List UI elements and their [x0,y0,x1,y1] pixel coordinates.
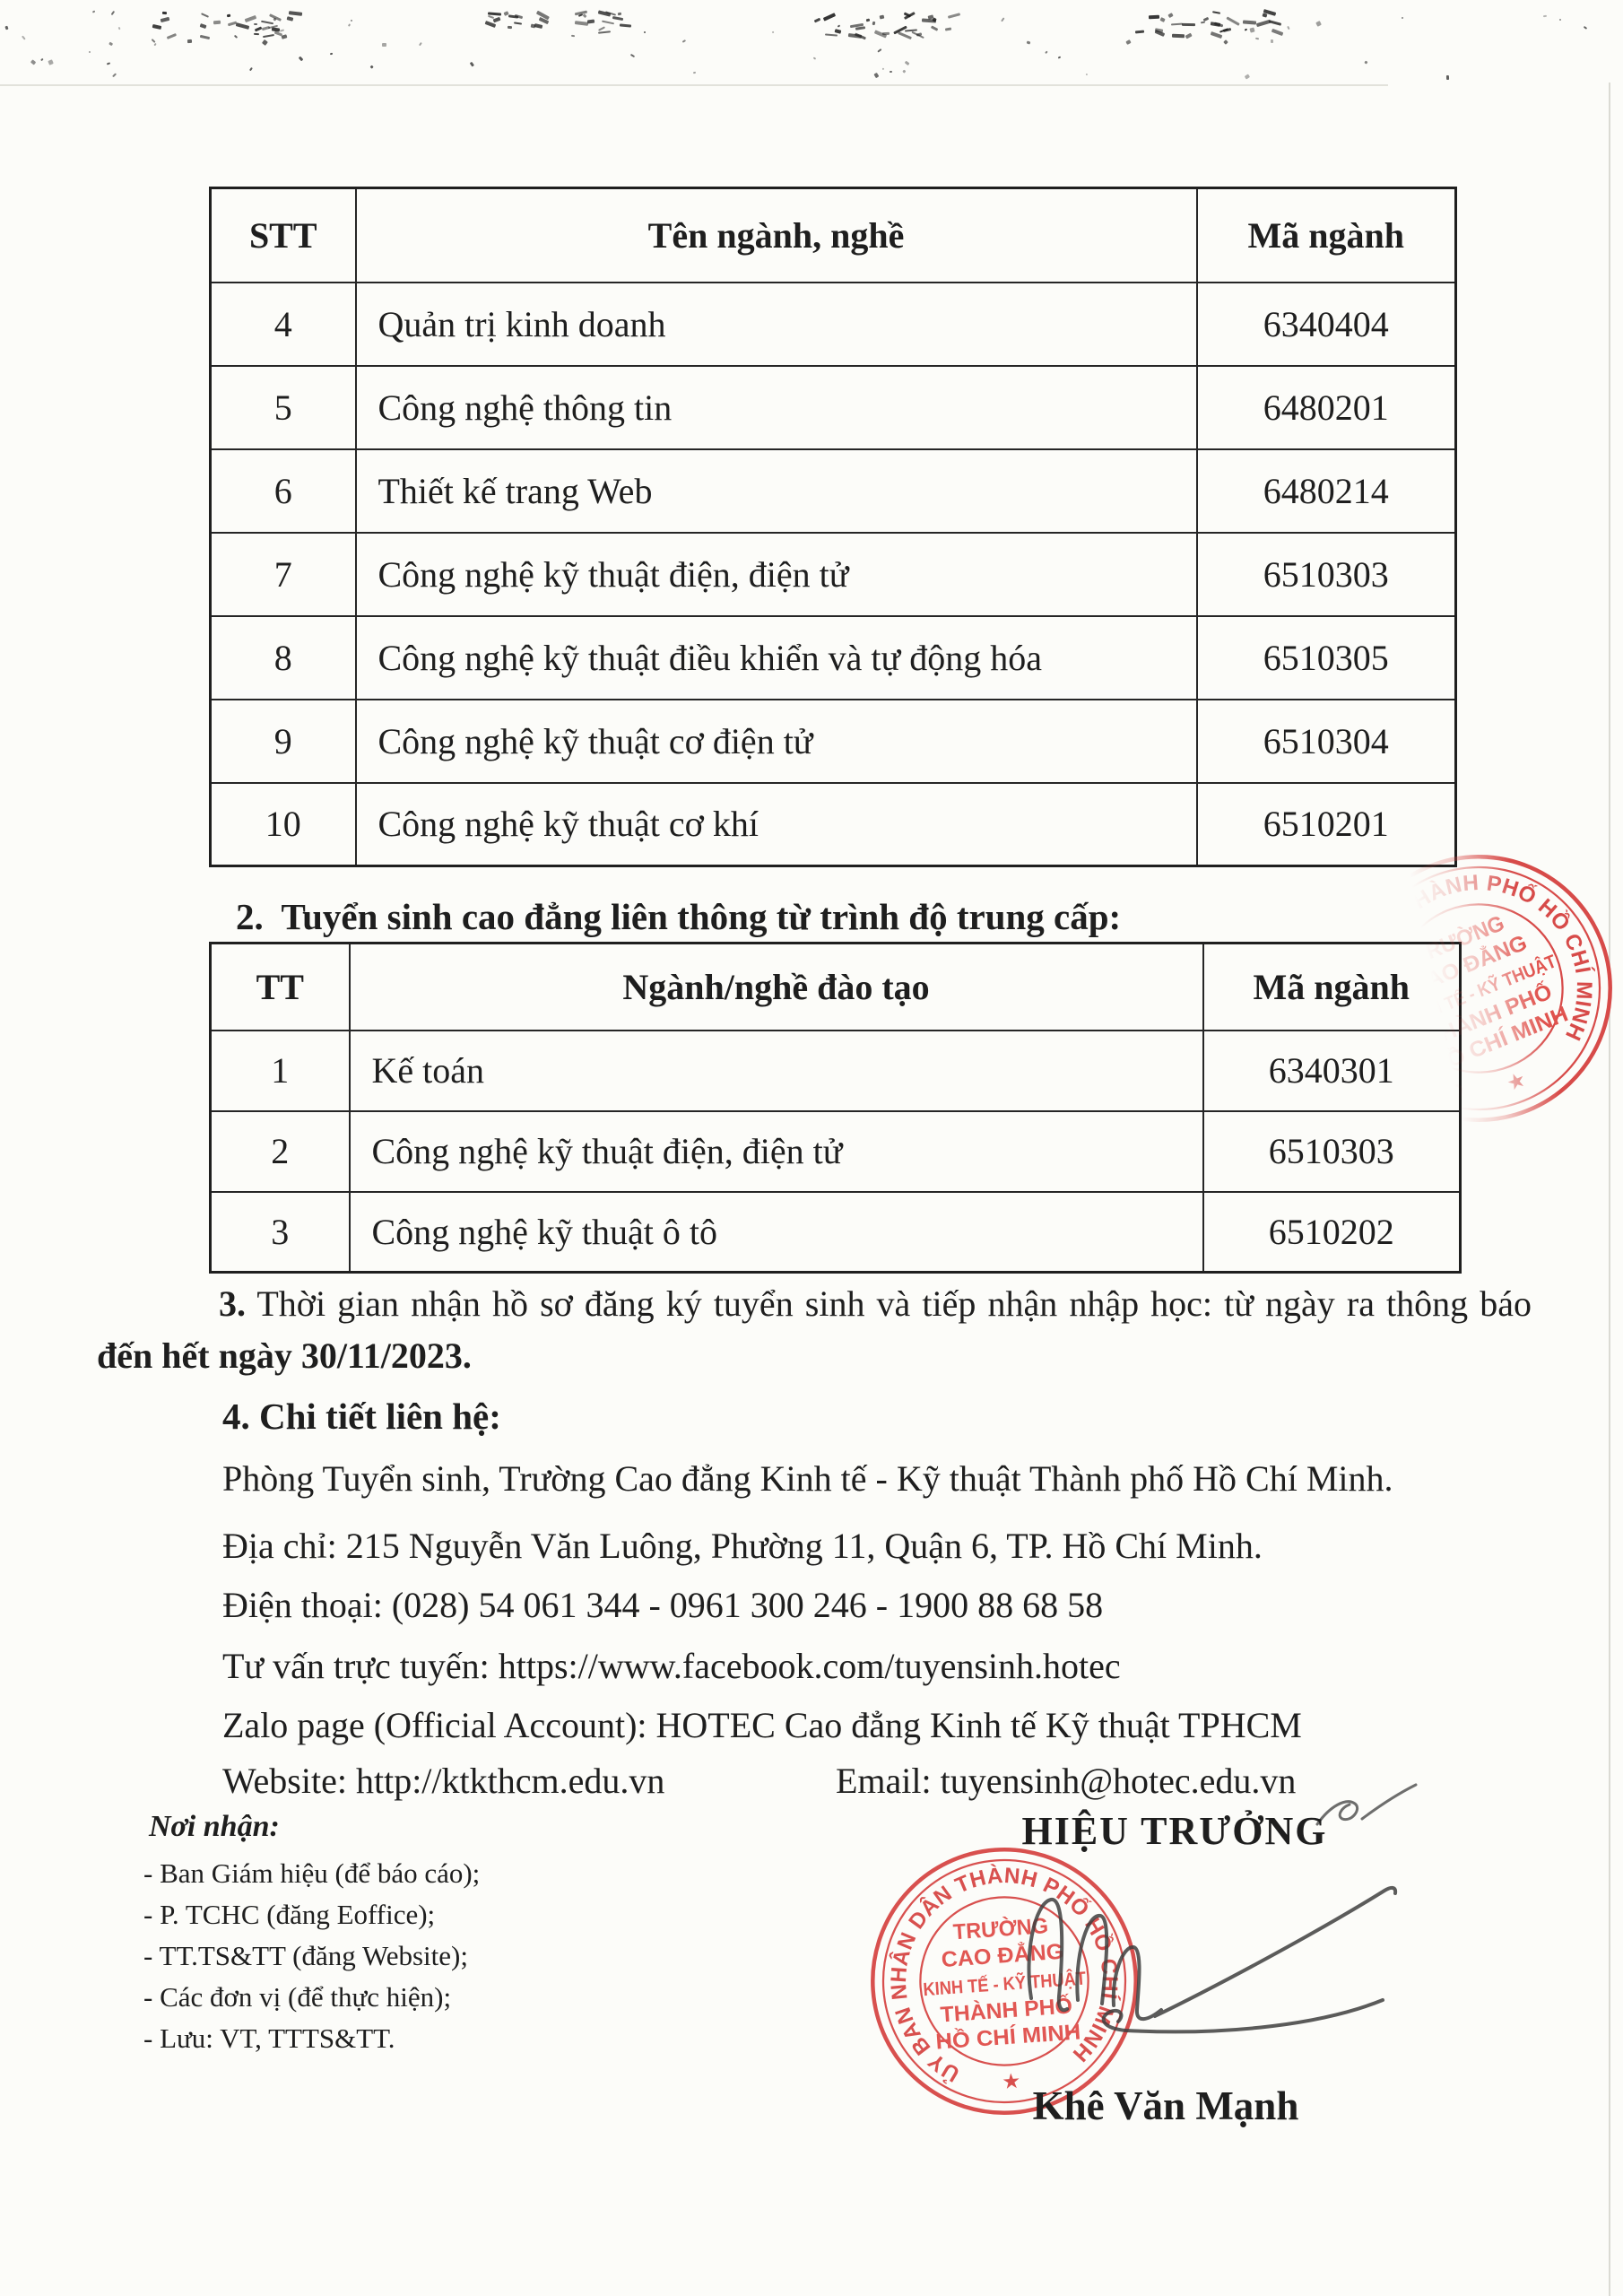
scan-speck [89,51,91,53]
scan-speck [838,24,841,28]
scan-speck [254,23,257,25]
scan-speck [1364,60,1367,64]
scan-speck [823,13,836,21]
scan-speck [4,26,8,30]
scan-speck [287,16,294,21]
scan-speck [575,21,589,26]
scan-speck [22,35,25,39]
website-line: Website: http://ktkthcm.edu.vn [222,1760,664,1802]
scan-speck [1086,74,1088,75]
scan-speck [280,30,285,33]
table-row: 5 Công nghệ thông tin 6480201 [211,366,1456,449]
scan-speck [1226,16,1239,26]
scan-speck [152,24,162,30]
scan-speck [1402,17,1403,19]
scan-speck [872,21,876,24]
table-row: 2 Công nghệ kỹ thuật điện, điện tử 65103… [211,1111,1461,1192]
scan-page-right-edge [1609,83,1610,2296]
scan-speck [571,35,575,38]
scan-speck [1446,75,1449,80]
scan-speck [508,15,519,20]
row-code: 6340404 [1197,283,1456,366]
row-name: Công nghệ thông tin [356,366,1197,449]
scan-speck [922,18,936,22]
row-code: 6510201 [1197,783,1456,866]
scan-speck [1001,17,1004,22]
row-name: Công nghệ kỹ thuật điều khiển và tự động… [356,616,1197,700]
scan-speck [882,68,885,71]
section3-paragraph: 3. Thời gian nhận hồ sơ đăng ký tuyển si… [97,1278,1532,1382]
table-header-row: STT Tên ngành, nghề Mã ngành [211,188,1456,283]
scan-speck [1584,26,1588,30]
scan-speck [41,58,44,61]
scan-speck [1202,17,1209,22]
scan-speck [249,67,253,71]
scan-speck [866,18,870,22]
scan-speck [1263,13,1268,17]
email-line: Email: tuyensinh@hotec.edu.vn [836,1760,1296,1802]
scan-speck [213,20,221,23]
scan-speck [644,31,646,33]
scan-speck [1287,26,1290,30]
scan-speck [1045,51,1048,55]
scan-speck [200,35,211,39]
scan-speck [855,26,865,30]
scan-speck [262,25,271,30]
scan-speck [299,57,303,62]
recipient-item: - Các đơn vị (để thực hiện); [143,1977,480,2018]
contact-line-zalo: Zalo page (Official Account): HOTEC Cao … [222,1704,1302,1746]
table-row: 8 Công nghệ kỹ thuật điều khiển và tự độ… [211,616,1456,700]
section3-number: 3. [219,1283,246,1324]
seal-star: ★ [1503,1066,1530,1097]
scan-speck [236,22,249,30]
t1-header-name: Tên ngành, nghề [356,188,1197,283]
t1-header-code: Mã ngành [1197,188,1456,283]
section3-text: Thời gian nhận hồ sơ đăng ký tuyển sinh … [246,1283,1532,1324]
scanned-document-page: STT Tên ngành, nghề Mã ngành 4 Quản trị … [0,0,1623,2296]
row-stt: 8 [211,616,356,700]
scan-speck [1126,39,1132,45]
row-stt: 9 [211,700,356,783]
scan-speck [848,33,863,39]
scan-speck [1315,21,1321,26]
row-code: 6510202 [1203,1192,1461,1273]
contact-line-office: Phòng Tuyển sinh, Trường Cao đẳng Kinh t… [222,1457,1393,1500]
scan-speck [1271,39,1273,43]
table-row: 10 Công nghệ kỹ thuật cơ khí 6510201 [211,783,1456,866]
scan-speck [233,35,237,39]
scan-speck [369,65,373,69]
scan-speck [254,33,259,35]
scan-speck [112,74,116,77]
scan-speck [48,59,54,65]
scan-speck [1243,20,1256,24]
signer-name: Khê Văn Mạnh [986,2083,1345,2129]
scan-speck [582,13,586,18]
scan-speck [187,39,193,43]
scan-speck [1212,11,1220,14]
table-row: 3 Công nghệ kỹ thuật ô tô 6510202 [211,1192,1461,1273]
row-name: Công nghệ kỹ thuật điện, điện tử [350,1111,1203,1192]
scan-speck [1271,28,1283,36]
scan-speck [1172,33,1185,38]
scan-speck [602,21,615,25]
scan-speck [1057,56,1061,58]
scan-speck [470,62,474,66]
row-stt: 7 [211,533,356,616]
t1-header-stt: STT [211,188,356,283]
scan-speck [598,26,605,31]
scan-speck [1167,13,1174,18]
scan-speck [693,71,697,74]
row-code: 6510305 [1197,616,1456,700]
table-row: 7 Công nghệ kỹ thuật điện, điện tử 65103… [211,533,1456,616]
scan-speck [351,20,353,22]
section3-deadline: đến hết ngày 30/11/2023. [97,1335,472,1376]
table-row: 6 Thiết kế trang Web 6480214 [211,449,1456,533]
scan-speck [107,63,110,65]
recipient-item: - Ban Giám hiệu (để báo cáo); [143,1853,480,1894]
scan-speck [254,26,261,31]
row-name: Thiết kế trang Web [356,449,1197,533]
scan-speck [262,34,274,39]
scan-speck [111,11,115,15]
scan-speck [166,33,176,39]
table-header-row: TT Ngành/nghề đào tạo Mã ngành [211,944,1461,1031]
scan-speck [272,27,281,31]
recipients-list: - Ban Giám hiệu (để báo cáo); - P. TCHC … [143,1853,480,2059]
scan-speck [199,23,206,29]
scan-speck [1135,30,1144,33]
scan-speck [1201,22,1205,24]
scan-speck [945,27,952,30]
t2-header-name: Ngành/nghề đào tạo [350,944,1203,1031]
scan-speck [1245,28,1248,31]
row-stt: 4 [211,283,356,366]
scan-speck [118,27,121,30]
row-stt: 3 [211,1192,350,1273]
scan-speck [282,35,288,40]
scan-speck [772,31,775,34]
scan-speck [161,16,169,22]
scan-speck [1256,19,1271,26]
scan-speck [201,13,209,18]
table-lien-thong: TT Ngành/nghề đào tạo Mã ngành 1 Kế toán… [209,942,1462,1274]
seal-ring-text: ỦY BAN NHÂN DÂN THÀNH PHỐ HỒ CHÍ MINH [1325,835,1623,1128]
scan-speck [1185,33,1192,39]
scan-speck [1214,22,1224,29]
scan-speck [162,12,167,14]
table-row: 9 Công nghệ kỹ thuật cơ điện tử 6510304 [211,700,1456,783]
scan-speck [1027,40,1030,44]
row-code: 6480214 [1197,449,1456,533]
row-code: 6510304 [1197,700,1456,783]
scan-noise-band [0,0,1623,90]
svg-text:ỦY BAN NHÂN DÂN THÀNH PHỐ HỒ C: ỦY BAN NHÂN DÂN THÀNH PHỐ HỒ CHÍ MINH [1325,835,1623,1128]
scan-speck [630,54,635,57]
scan-speck [261,21,273,25]
scan-speck [903,70,907,74]
scan-page-top-edge [0,84,1388,86]
scan-speck [1249,28,1254,33]
scan-speck [890,71,893,73]
row-name: Kế toán [350,1031,1203,1111]
scan-speck [874,73,880,78]
table-row: 4 Quản trị kinh doanh 6340404 [211,283,1456,366]
table-row: 1 Kế toán 6340301 [211,1031,1461,1111]
scan-speck [1558,18,1560,20]
scan-speck [153,43,156,47]
scan-speck [1542,15,1547,18]
row-stt: 5 [211,366,356,449]
row-name: Công nghệ kỹ thuật cơ điện tử [356,700,1197,783]
scan-speck [898,31,912,39]
row-stt: 1 [211,1031,350,1111]
row-stt: 6 [211,449,356,533]
scan-speck [617,13,621,16]
scan-speck [508,26,512,29]
scan-speck [882,32,890,35]
scan-speck [30,59,36,65]
scan-speck [1223,39,1228,45]
row-stt: 10 [211,783,356,866]
scan-speck [878,48,882,53]
scan-speck [348,23,351,27]
row-name: Công nghệ kỹ thuật ô tô [350,1192,1203,1273]
signature-handwriting [1011,1864,1433,2070]
scan-speck [262,39,268,46]
contact-line-address: Địa chỉ: 215 Nguyễn Văn Luông, Phường 11… [222,1525,1263,1567]
recipients-heading: Nơi nhận: [149,1810,280,1844]
scan-speck [514,22,522,25]
section2-heading: 2. Tuyển sinh cao đẳng liên thông từ trì… [236,895,1121,938]
scan-speck [152,39,156,43]
scan-speck [382,43,386,47]
contact-line-facebook: Tư vấn trực tuyến: https://www.facebook.… [222,1645,1121,1687]
row-code: 6480201 [1197,366,1456,449]
table-nganh-cao-dang: STT Tên ngành, nghề Mã ngành 4 Quản trị … [209,187,1457,867]
recipient-item: - TT.TS&TT (đăng Website); [143,1935,480,1977]
scan-speck [109,41,114,45]
scan-speck [835,29,842,33]
recipient-item: - Lưu: VT, TTTS&TT. [143,2018,480,2059]
scan-speck [289,11,303,16]
scan-speck [1154,28,1163,33]
scan-speck [813,17,820,22]
row-stt: 2 [211,1111,350,1192]
section4-heading: 4. Chi tiết liên hệ: [222,1395,501,1438]
contact-line-phone: Điện thoại: (028) 54 061 344 - 0961 300 … [222,1584,1103,1626]
row-code: 6510303 [1197,533,1456,616]
scan-speck [1268,20,1280,26]
row-name: Quản trị kinh doanh [356,283,1197,366]
scan-speck [419,42,421,46]
scan-speck [620,23,631,27]
row-name: Công nghệ kỹ thuật cơ khí [356,783,1197,866]
scan-speck [612,16,623,21]
scan-speck [682,39,686,43]
recipient-item: - P. TCHC (đăng Eoffice); [143,1894,480,1935]
scan-speck [1255,37,1259,39]
scan-speck [227,14,230,17]
scan-speck [905,61,909,65]
scan-speck [825,33,838,36]
scan-speck [1160,17,1166,22]
t2-header-tt: TT [211,944,350,1031]
scan-speck [1182,23,1195,26]
scan-speck [244,15,256,22]
scan-speck [530,23,535,28]
scan-speck [879,15,884,20]
row-name: Công nghệ kỹ thuật điện, điện tử [356,533,1197,616]
scan-speck [948,13,960,19]
scan-speck [1149,15,1159,20]
scan-speck [330,52,333,54]
scan-speck [92,10,96,13]
scan-speck [931,25,938,31]
scan-speck [1245,74,1250,80]
scan-speck [813,57,816,60]
scan-speck [598,31,611,35]
